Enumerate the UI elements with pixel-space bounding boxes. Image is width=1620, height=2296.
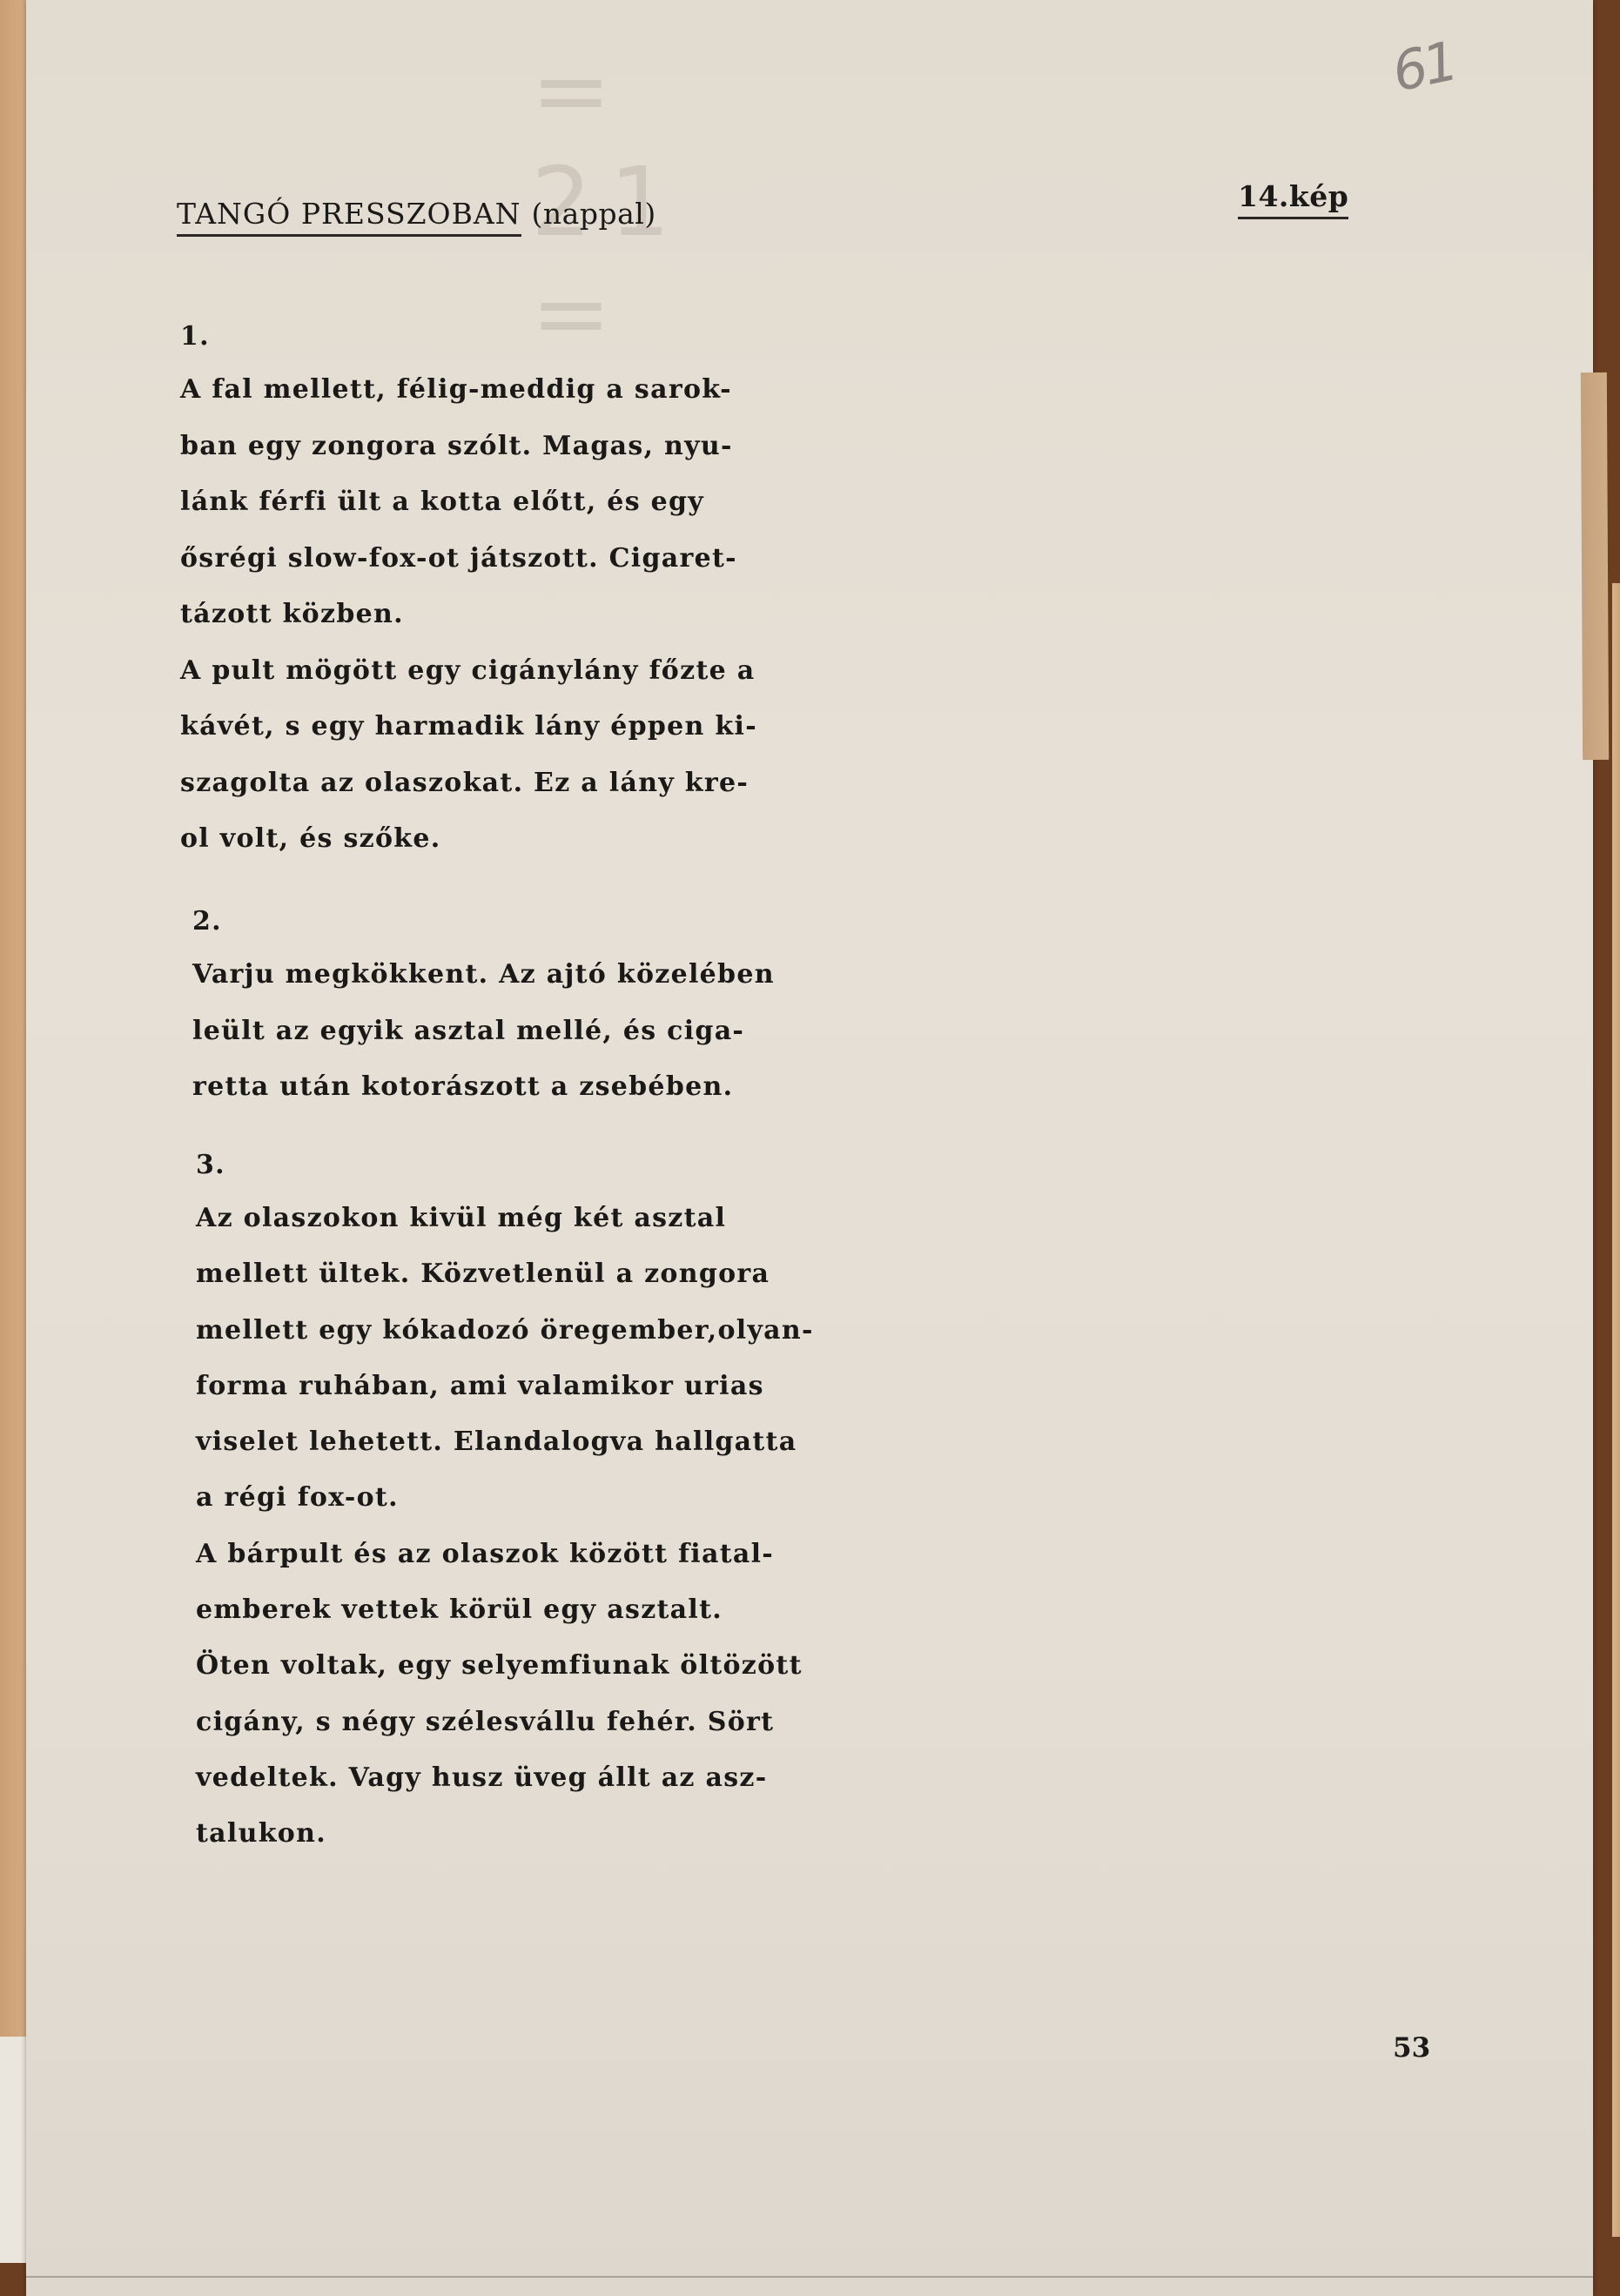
text-line: Az olaszokon kivül még két asztal (196, 1191, 814, 1246)
text-line: Öten voltak, egy selyemfiunak öltözött (196, 1638, 814, 1694)
text-line: vedeltek. Vagy husz üveg állt az asz- (196, 1750, 814, 1806)
text-line: kávét, s egy harmadik lány éppen ki- (180, 699, 757, 755)
section-1: 1. A fal mellett, félig-meddig a sarok- … (180, 312, 757, 868)
text-line: ol volt, és szőke. (180, 811, 757, 868)
scene-title: TANGÓ PRESSZOBAN(nappal) (177, 197, 656, 231)
text-line: mellett ültek. Közvetlenül a zongora (196, 1246, 814, 1302)
tape-strip (1612, 583, 1620, 2237)
section-number: 1. (180, 312, 757, 362)
tape-strip (1581, 373, 1609, 760)
text-line: ősrégi slow-fox-ot játszott. Cigaret- (180, 531, 757, 587)
erased-pencil-mark: = 21 = (531, 35, 810, 157)
text-line: viselet lehetett. Elandalogva hallgatta (196, 1414, 814, 1470)
text-line: A bárpult és az olaszok között fiatal- (196, 1527, 814, 1582)
text-line: szagolta az olaszokat. Ez a lány kre- (180, 755, 757, 812)
text-line: lánk férfi ült a kotta előtt, és egy (180, 474, 757, 531)
text-line: talukon. (196, 1806, 814, 1862)
page-number: 53 (1393, 2032, 1430, 2064)
section-3: 3. Az olaszokon kivül még két asztal mel… (196, 1140, 814, 1863)
text-line: Varju megkökkent. Az ajtó közelében (192, 947, 775, 1004)
section-number: 2. (192, 896, 775, 947)
text-line: tázott közben. (180, 587, 757, 643)
text-line: forma ruhában, ami valamikor urias (196, 1359, 814, 1414)
scene-number: 14.kép (1238, 179, 1348, 219)
text-line: retta után kotorászott a zsebében. (192, 1059, 775, 1116)
section-number: 3. (196, 1140, 814, 1191)
scene-title-suffix: (nappal) (532, 197, 656, 231)
text-line: cigány, s négy szélesvállu fehér. Sört (196, 1695, 814, 1750)
text-line: A pult mögött egy cigánylány főzte a (180, 643, 757, 700)
scene-title-underlined: TANGÓ PRESSZOBAN (177, 197, 521, 237)
text-line: ban egy zongora szólt. Magas, nyu- (180, 419, 757, 475)
page-edge (26, 2276, 1593, 2278)
text-line: mellett egy kókadozó öregember,olyan- (196, 1303, 814, 1359)
text-line: emberek vettek körül egy asztalt. (196, 1582, 814, 1638)
text-line: a régi fox-ot. (196, 1470, 814, 1526)
text-line: leült az egyik asztal mellé, és ciga- (192, 1004, 775, 1060)
text-line: A fal mellett, félig-meddig a sarok- (180, 362, 757, 419)
handwritten-page-number: 61 (1387, 29, 1461, 104)
section-2: 2. Varju megkökkent. Az ajtó közelében l… (192, 896, 775, 1116)
